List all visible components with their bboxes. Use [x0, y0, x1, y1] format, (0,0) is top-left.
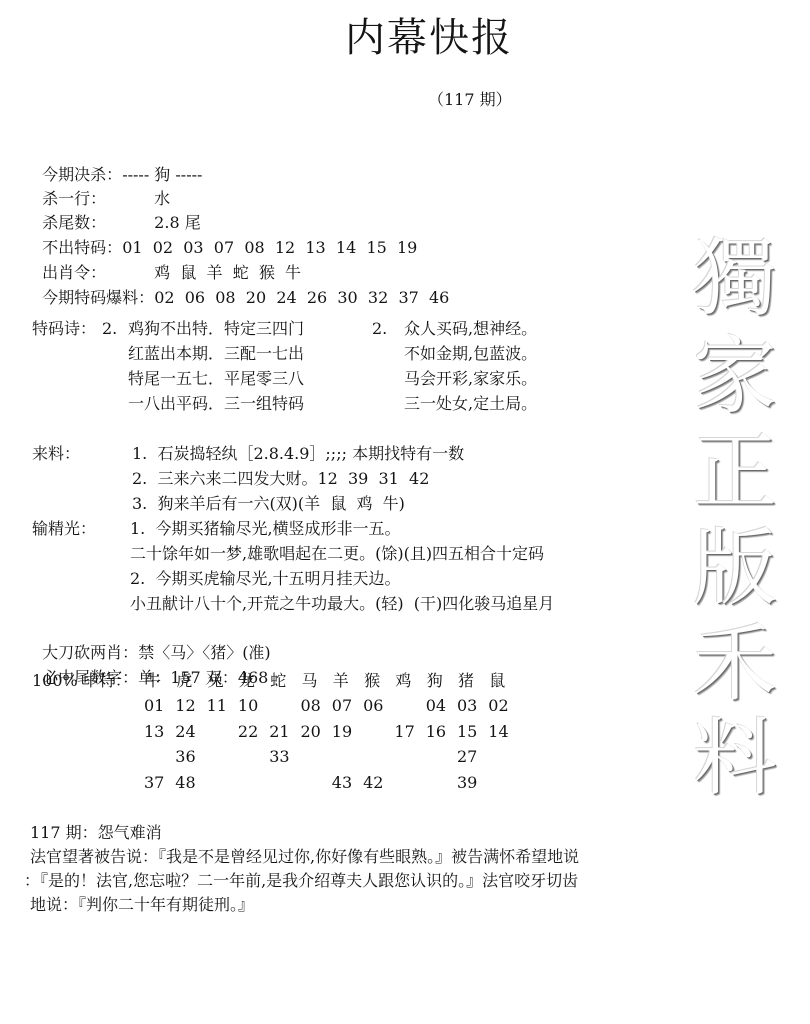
laili-item: 1. 石炭捣轻纨［2.8.4.9］;;;; 本期找特有一数: [132, 443, 464, 465]
grid-number: 08: [301, 695, 321, 717]
grid-number: 22: [238, 721, 258, 743]
poem-label: 特码诗：: [32, 318, 96, 340]
shujingguang-line: 2. 今期买虎输尽光,十五明月挂天边。: [130, 568, 401, 590]
story-line: 地说：『判你二十年有期徒刑。』: [30, 894, 254, 916]
zodiac-header: 鼠: [489, 670, 505, 692]
grid-number: 12: [175, 695, 195, 717]
story-line: 法官望著被告说：『我是不是曾经见过你,你好像有些眼熟。』被告满怀希望地说: [30, 846, 579, 868]
shujingguang-line: 二十馀年如一梦,雄歌唱起在二更。(馀)(且)四五相合十定码: [130, 543, 544, 565]
zodiac-header: 猴: [364, 670, 380, 692]
grid-number: 01: [144, 695, 164, 717]
zodiac-header: 龙: [239, 670, 255, 692]
zodiac-header: 狗: [427, 670, 443, 692]
zodiac-header: 羊: [333, 670, 349, 692]
laili-item: 2. 三来六来二四发大财。12 39 31 42: [132, 468, 429, 490]
laili-label: 来料：: [32, 443, 80, 465]
special-tip-row: 今期特码爆料：02 06 08 20 24 26 30 32 37 46: [32, 265, 449, 309]
grid-number: 33: [269, 746, 289, 768]
special-tip-label: 今期特码爆料：: [42, 287, 154, 309]
grid-number: 24: [175, 721, 195, 743]
grid-number: 36: [175, 746, 195, 768]
grid-number: 13: [144, 721, 164, 743]
poem-left-line: 一八出平码．三一组特码: [128, 393, 304, 415]
grid-number: 39: [457, 772, 477, 794]
grid-number: 06: [363, 695, 383, 717]
grid-number: 43: [332, 772, 352, 794]
grid-number: 21: [269, 721, 289, 743]
zodiac-header: 蛇: [270, 670, 286, 692]
grid-number: 19: [332, 721, 352, 743]
poem-left-line: 红蓝出本期．三配一七出: [128, 343, 304, 365]
page-title: 内幕快报: [345, 14, 513, 62]
issue-number: （117 期）: [428, 90, 512, 110]
grid-number: 42: [363, 772, 383, 794]
poem-left-line: 鸡狗不出特．特定三四门: [128, 318, 304, 340]
grid-number: 02: [488, 695, 508, 717]
grid-number: 04: [426, 695, 446, 717]
zodiac-header: 兔: [208, 670, 224, 692]
shujingguang-line: 小丑献计八十个,开荒之牛功最大。(轻) (干)四化骏马追星月: [130, 593, 554, 615]
grid-number: 10: [238, 695, 258, 717]
watermark-char: 版: [680, 522, 790, 614]
poem-left-line: 特尾一五七．平尾零三八: [128, 368, 304, 390]
zodiac-header: 牛: [145, 670, 161, 692]
grid-number: 15: [457, 721, 477, 743]
grid-number: 17: [394, 721, 414, 743]
grid-number: 03: [457, 695, 477, 717]
poem-right-line: 马会开彩,家家乐。: [404, 368, 537, 390]
shujingguang-line: 1. 今期买猪输尽光,横竖成形非一五。: [130, 518, 401, 540]
story-title: 117 期：怨气难消: [30, 822, 162, 844]
poem-right-line: 不如金期,包蓝波。: [404, 343, 537, 365]
grid-number: 27: [457, 746, 477, 768]
grid-number: 16: [426, 721, 446, 743]
watermark-char: 料: [680, 712, 790, 804]
watermark-char: 禾: [680, 618, 790, 710]
zodiac-header: 虎: [176, 670, 192, 692]
zodiac-header: 猪: [458, 670, 474, 692]
poem-left-index: 2.: [102, 318, 117, 340]
poem-right-index: 2.: [372, 318, 387, 340]
special-tip-value: 02 06 08 20 24 26 30 32 37 46: [154, 287, 449, 309]
grid-number: 11: [207, 695, 227, 717]
story-line: ：『是的！法官,您忘啦？二一年前,是我介绍尊夫人跟您认识的。』法官咬牙切齿: [24, 870, 578, 892]
zodiac-header: 鸡: [395, 670, 411, 692]
poem-right-line: 三一处女,定土局。: [404, 393, 537, 415]
hundred-label: 100% 中特：: [32, 670, 131, 692]
grid-number: 14: [488, 721, 508, 743]
watermark-char: 獨: [680, 232, 790, 324]
watermark-char: 家: [680, 330, 790, 422]
grid-number: 48: [175, 772, 195, 794]
zodiac-header: 马: [302, 670, 318, 692]
watermark-char: 正: [680, 426, 790, 518]
shujingguang-label: 输精光：: [32, 518, 96, 540]
grid-number: 07: [332, 695, 352, 717]
grid-number: 20: [301, 721, 321, 743]
laili-item: 3. 狗来羊后有一六(双)(羊 鼠 鸡 牛): [132, 493, 405, 515]
poem-right-line: 众人买码,想神经。: [404, 318, 537, 340]
grid-number: 37: [144, 772, 164, 794]
